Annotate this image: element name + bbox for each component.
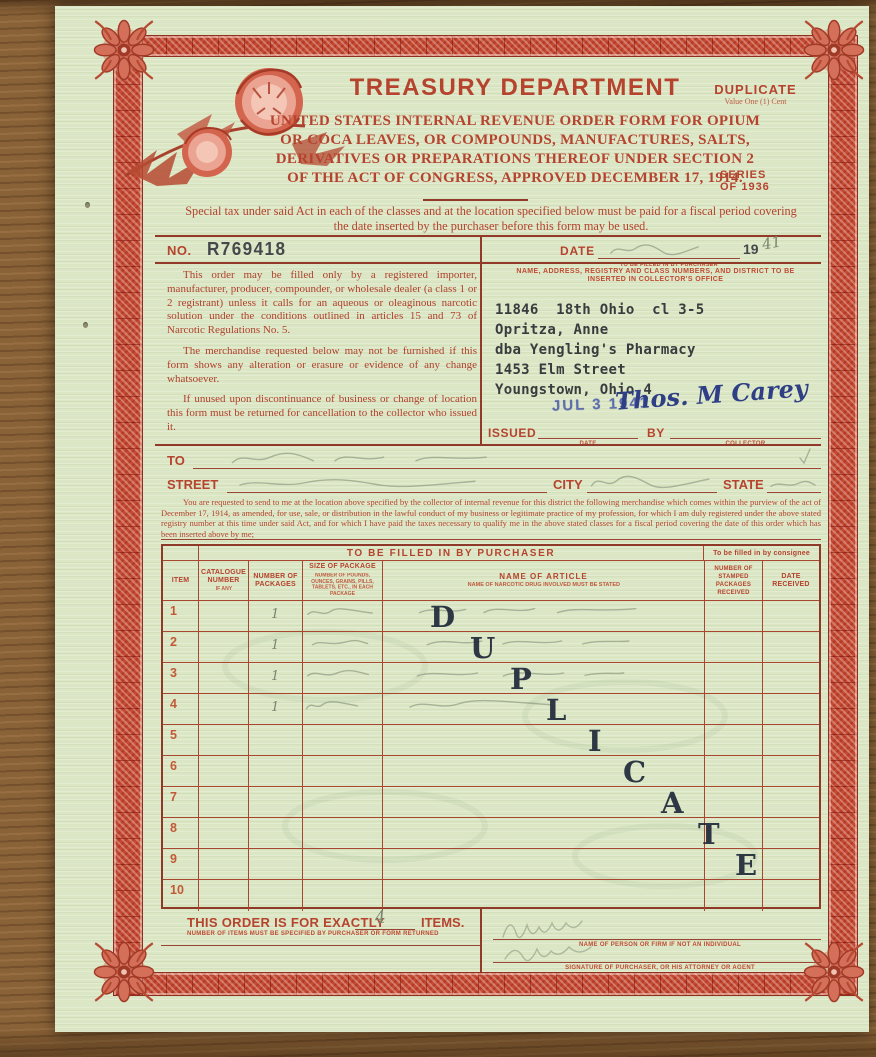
pencil-scribble — [303, 699, 361, 713]
pencil-scribble — [305, 606, 375, 620]
to-line — [193, 468, 821, 469]
punch-hole — [85, 202, 90, 208]
rule — [161, 945, 480, 946]
date-blank-line — [598, 258, 740, 259]
date-year-handwritten: 41 — [761, 232, 783, 253]
duplicate-overlay-letter: P — [510, 662, 532, 696]
table-column-headers: ITEM CATALOGUE NUMBERIF ANY NUMBER OF PA… — [163, 561, 819, 601]
order-exactly-label: THIS ORDER IS FOR EXACTLY — [187, 915, 385, 930]
column-header: NUMBER OF STAMPED PACKAGES RECEIVED — [706, 565, 761, 597]
typed-line: 11846 18th Ohio cl 3-5 — [495, 300, 705, 320]
items-count-line — [355, 929, 415, 930]
items-caption: NUMBER OF ITEMS MUST BE SPECIFIED BY PUR… — [187, 931, 467, 938]
column-header: DATE RECEIVED — [764, 573, 818, 589]
pencil-scribble — [495, 911, 670, 969]
request-text: You are requested to send to me at the l… — [161, 497, 821, 539]
items-label: ITEMS. — [421, 915, 464, 930]
column-header: NAME OF ARTICLE — [499, 573, 587, 581]
order-table: TO BE FILLED IN BY PURCHASER To be fille… — [161, 544, 821, 909]
duplicate-overlay-letter: D — [430, 600, 455, 634]
frame-right-band — [828, 35, 858, 996]
pencil-scribble — [607, 242, 702, 258]
signature-line — [493, 962, 821, 963]
table-row: 6 — [163, 756, 819, 787]
collector-line — [670, 438, 821, 439]
table-row: 8 — [163, 818, 819, 849]
rule — [155, 444, 821, 446]
series-label: SERIES OF 1936 — [720, 169, 810, 193]
frame-bottom-band — [113, 972, 858, 996]
column-header: ITEM — [172, 577, 190, 585]
pencil-scribble — [305, 668, 371, 681]
typed-line: dba Yengling's Pharmacy — [495, 340, 705, 360]
consignee-header: To be filled in by consignee — [713, 550, 810, 557]
duplicate-overlay-letter: E — [735, 848, 757, 882]
pencil-scribble — [227, 450, 497, 468]
purchaser-header: TO BE FILLED IN BY PURCHASER — [347, 548, 555, 559]
date-century: 19 — [743, 241, 759, 257]
column-divider — [480, 235, 482, 444]
pencil-scribble — [797, 446, 813, 466]
typed-line: 1453 Elm Street — [495, 360, 705, 380]
duplicate-overlay-letter: U — [470, 631, 495, 665]
punch-hole — [83, 322, 88, 328]
typed-line: Opritza, Anne — [495, 320, 705, 340]
collector-box-caption: NAME, ADDRESS, REGISTRY AND CLASS NUMBER… — [503, 268, 808, 284]
order-number-value: R769418 — [207, 239, 286, 260]
pencil-scribble — [310, 637, 370, 650]
divider — [423, 199, 528, 201]
duplicate-overlay-letter: I — [588, 724, 602, 758]
instruction-paragraph: The merchandise requested below may not … — [167, 345, 477, 386]
name-line — [493, 939, 821, 940]
duplicate-value-label: Value One (1) Cent — [693, 97, 818, 106]
table-span-headers: TO BE FILLED IN BY PURCHASER To be fille… — [163, 546, 819, 561]
pencil-scribble — [423, 635, 633, 650]
pencil-scribble — [589, 474, 714, 491]
corner-ornament — [798, 936, 870, 1008]
instruction-paragraph: This order may be filled only by a regis… — [167, 269, 477, 338]
column-header: SIZE OF PACKAGE — [309, 563, 376, 571]
duplicate-overlay-letter: L — [546, 693, 566, 727]
duplicate-overlay-letter: C — [623, 755, 646, 789]
street-label: STREET — [167, 477, 218, 492]
city-line — [587, 492, 717, 493]
state-line — [767, 492, 821, 493]
issued-label: ISSUED — [488, 426, 536, 440]
duplicate-label-block: DUPLICATE Value One (1) Cent — [693, 82, 818, 106]
duplicate-label: DUPLICATE — [693, 82, 818, 97]
corner-ornament — [88, 936, 160, 1008]
footer-divider — [480, 909, 482, 972]
rule — [161, 539, 821, 540]
tax-note: Special tax under said Act in each of th… — [183, 204, 799, 234]
signature-caption: SIGNATURE OF PURCHASER, OR HIS ATTORNEY … — [525, 965, 795, 972]
name-caption: NAME OF PERSON OR FIRM IF NOT AN INDIVID… — [525, 942, 795, 949]
order-number-label: NO. — [167, 243, 192, 258]
date-label: DATE — [560, 244, 595, 258]
items-count-handwritten: 4 — [374, 907, 387, 928]
subtitle-line: UNITED STATES INTERNAL REVENUE ORDER FOR… — [215, 112, 815, 131]
subtitle-line: OR COCA LEAVES, OR COMPOUNDS, MANUFACTUR… — [215, 131, 815, 150]
city-label: CITY — [553, 477, 583, 492]
table-row: 5 — [163, 725, 819, 756]
to-label: TO — [167, 453, 185, 468]
street-line — [227, 492, 547, 493]
pencil-scribble — [235, 476, 485, 491]
corner-ornament — [798, 14, 870, 86]
issued-date-line — [538, 438, 638, 439]
rule — [155, 262, 821, 264]
instructions-block: This order may be filled only by a regis… — [167, 269, 477, 442]
rule — [155, 235, 821, 237]
pencil-scribble — [769, 478, 817, 492]
column-header: NUMBER OF PACKAGES — [250, 573, 301, 589]
duplicate-overlay-letter: T — [698, 817, 720, 851]
by-label: BY — [647, 426, 665, 440]
table-row: 9 — [163, 849, 819, 880]
state-label: STATE — [723, 477, 764, 492]
order-form-page: TREASURY DEPARTMENT DUPLICATE Value One … — [55, 6, 869, 1032]
duplicate-overlay-letter: A — [661, 786, 684, 820]
subtitle-line: DERIVATIVES OR PREPARATIONS THEREOF UNDE… — [215, 150, 815, 169]
instruction-paragraph: If unused upon discontinuance of busines… — [167, 393, 477, 434]
page-title: TREASURY DEPARTMENT — [305, 74, 725, 102]
pencil-scribble — [407, 698, 557, 713]
column-header: CATALOGUE NUMBER — [200, 569, 247, 585]
table-row: 10 — [163, 880, 819, 911]
table-row: 7 — [163, 787, 819, 818]
